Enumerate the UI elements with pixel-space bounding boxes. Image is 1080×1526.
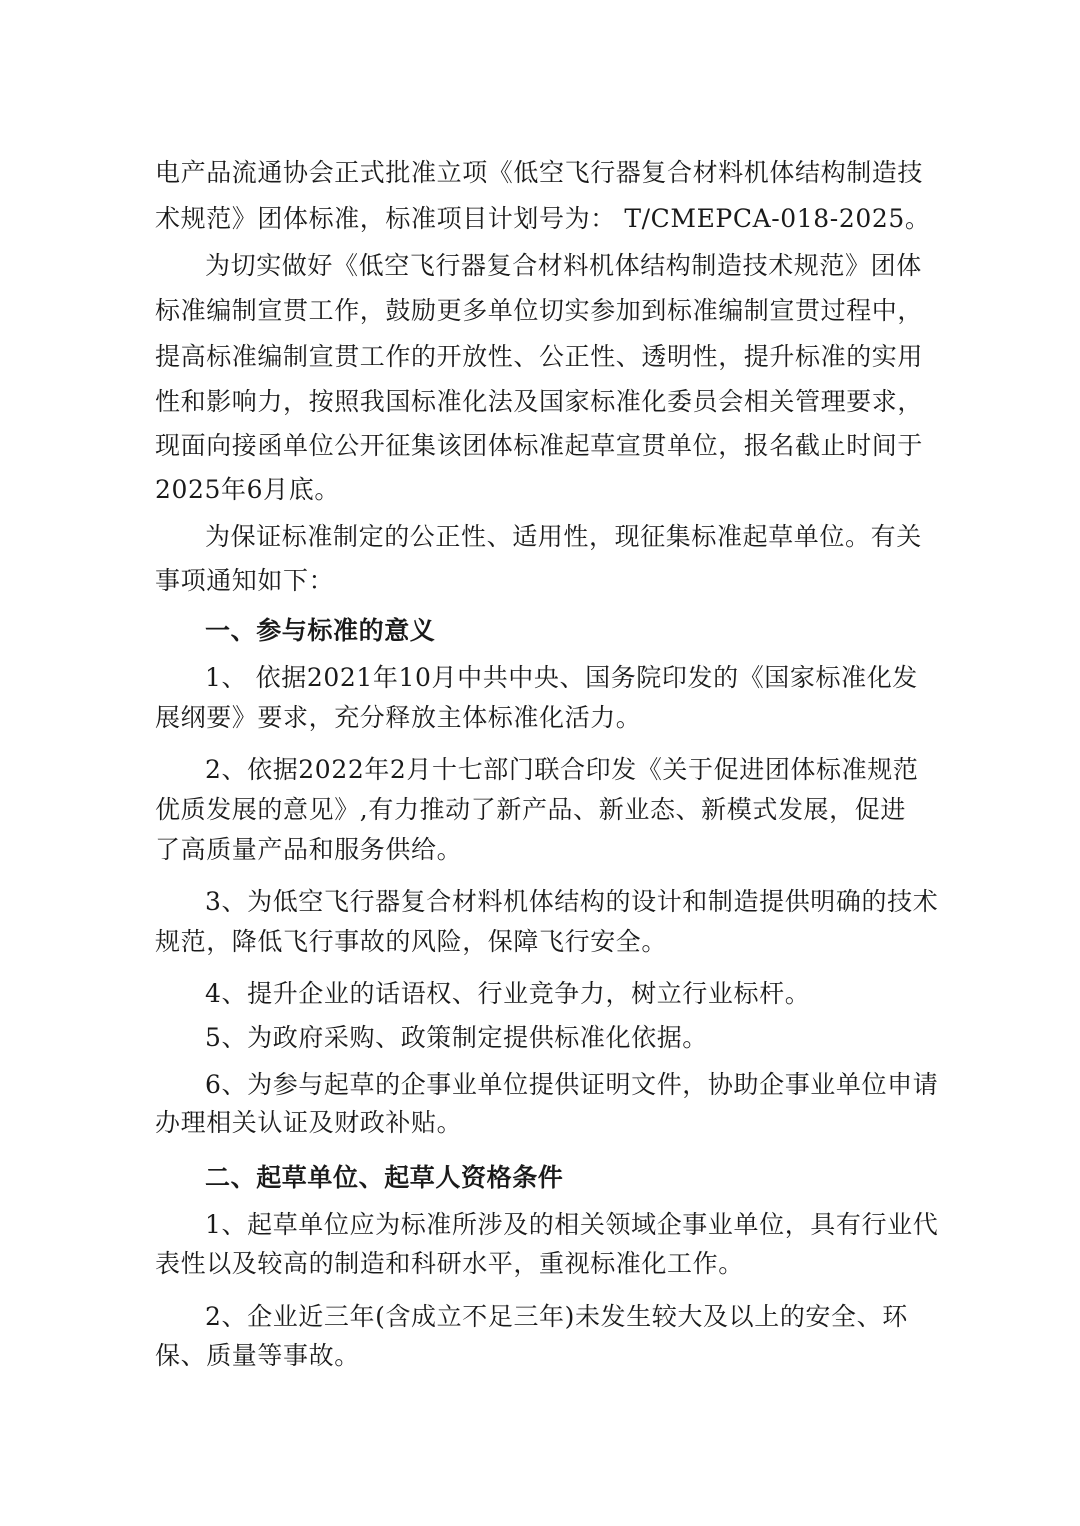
paragraph-line: 提高标准编制宣贯工作的开放性、公正性、透明性，提升标准的实用 <box>155 342 923 372</box>
list-item-line: 2、企业近三年(含成立不足三年)未发生较大及以上的安全、环 <box>205 1302 908 1332</box>
list-item-line: 6、为参与起草的企事业单位提供证明文件，协助企事业单位申请 <box>205 1070 938 1100</box>
list-item-line: 了高质量产品和服务供给。 <box>155 835 462 865</box>
document-page: 电产品流通协会正式批准立项《低空飞行器复合材料机体结构制造技 术规范》团体标准，… <box>0 0 1080 1526</box>
list-item-line: 办理相关认证及财政补贴。 <box>155 1108 462 1138</box>
section-heading: 二、起草单位、起草人资格条件 <box>205 1163 563 1193</box>
list-item-line: 4、提升企业的话语权、行业竞争力，树立行业标杆。 <box>205 979 810 1009</box>
list-item-line: 3、为低空飞行器复合材料机体结构的设计和制造提供明确的技术 <box>205 887 938 917</box>
list-item-line: 展纲要》要求，充分释放主体标准化活力。 <box>155 703 641 733</box>
list-item-line: 5、为政府采购、政策制定提供标准化依据。 <box>205 1023 708 1053</box>
paragraph-line: 为保证标准制定的公正性、适用性，现征集标准起草单位。有关 <box>205 522 922 552</box>
list-item-line: 1、 依据2021年10月中共中央、国务院印发的《国家标准化发 <box>205 663 918 693</box>
paragraph-line: 术规范》团体标准，标准项目计划号为： T/CMEPCA-018-2025。 <box>155 204 930 234</box>
paragraph-line: 标准编制宣贯工作，鼓励更多单位切实参加到标准编制宣贯过程中， <box>155 296 923 326</box>
section-heading: 一、参与标准的意义 <box>205 616 435 646</box>
list-item-line: 保、质量等事故。 <box>155 1341 360 1371</box>
paragraph-line: 现面向接函单位公开征集该团体标准起草宣贯单位，报名截止时间于 <box>155 431 923 461</box>
paragraph-line: 为切实做好《低空飞行器复合材料机体结构制造技术规范》团体 <box>205 251 922 281</box>
list-item-line: 2、依据2022年2月十七部门联合印发《关于促进团体标准规范 <box>205 755 918 785</box>
list-item-line: 优质发展的意见》,有力推动了新产品、新业态、新模式发展，促进 <box>155 795 906 825</box>
paragraph-line: 性和影响力，按照我国标准化法及国家标准化委员会相关管理要求， <box>155 387 923 417</box>
list-item-line: 表性以及较高的制造和科研水平，重视标准化工作。 <box>155 1249 744 1279</box>
list-item-line: 1、起草单位应为标准所涉及的相关领域企事业单位，具有行业代 <box>205 1210 938 1240</box>
list-item-line: 规范，降低飞行事故的风险，保障飞行安全。 <box>155 927 667 957</box>
paragraph-line: 事项通知如下： <box>155 566 334 596</box>
paragraph-line: 电产品流通协会正式批准立项《低空飞行器复合材料机体结构制造技 <box>155 158 923 188</box>
paragraph-line: 2025年6月底。 <box>155 475 340 505</box>
